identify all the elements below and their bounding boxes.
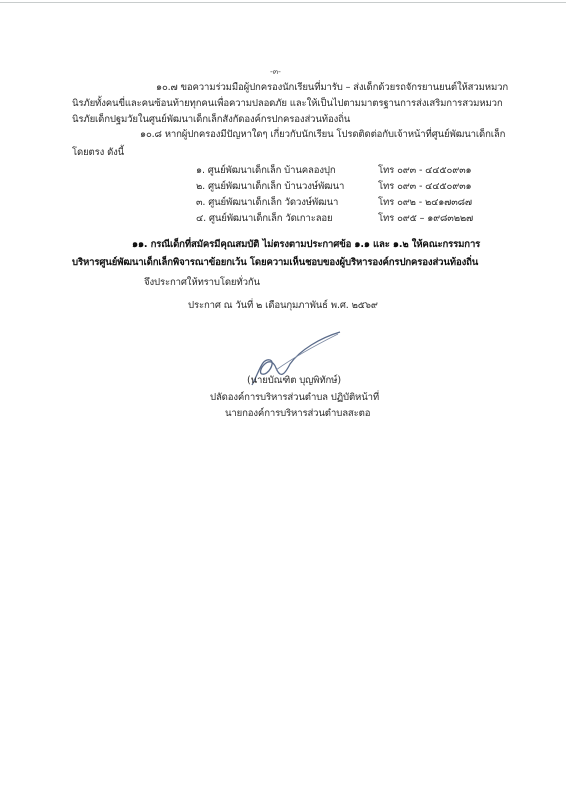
- signatory-name: (นายบัณฑิต บุญพิทักษ์): [247, 375, 341, 387]
- announcement-date: ประกาศ ณ วันที่ ๒ เดือนกุมภาพันธ์ พ.ศ. ๒…: [188, 300, 378, 312]
- paragraph-10-7-line1: ๑๐.๗ ขอความร่วมมือผู้ปกครองนักเรียนที่มา…: [156, 82, 508, 94]
- signatory-position-1: ปลัดองค์การบริหารส่วนตำบล ปฏิบัติหน้าที่: [210, 392, 379, 404]
- contact-center-name: ๑. ศูนย์พัฒนาเด็กเล็ก บ้านคลองปุก: [196, 165, 336, 177]
- closing-statement: จึงประกาศให้ทราบโดยทั่วกัน: [144, 277, 260, 289]
- contact-phone: โทร ๐๙๓ - ๔๔๕๐๙๓๑: [378, 165, 471, 177]
- contact-phone: โทร ๐๙๕ – ๑๙๘๓๒๒๗: [378, 213, 473, 225]
- signatory-position-2: นายกองค์การบริหารส่วนตำบลสะตอ: [225, 408, 370, 420]
- contact-phone: โทร ๐๙๒ - ๒๔๑๗๓๘๗: [378, 197, 472, 209]
- contact-center-name: ๓. ศูนย์พัฒนาเด็กเล็ก วัดวงษ์พัฒนา: [196, 197, 338, 209]
- paragraph-10-7-line2: นิรภัยทั้งคนขี่และคนซ้อนท้ายทุกคนเพื่อคว…: [72, 98, 503, 110]
- section-11-line1: ๑๑. กรณีเด็กที่สมัครมีคุณสมบัติ ไม่ตรงตา…: [132, 239, 480, 251]
- page-top-edge: [0, 2, 566, 3]
- contact-center-name: ๒. ศูนย์พัฒนาเด็กเล็ก บ้านวงษ์พัฒนา: [196, 181, 344, 193]
- page-number: -๓-: [270, 66, 281, 78]
- section-11-line2: บริหารศูนย์พัฒนาเด็กเล็กพิจารณาข้อยกเว้น…: [72, 257, 478, 269]
- contact-center-name: ๔. ศูนย์พัฒนาเด็กเล็ก วัดเกาะลอย: [196, 213, 333, 225]
- paragraph-10-8-line1: ๑๐.๘ หากผู้ปกครองมีปัญหาใดๆ เกี่ยวกับนัก…: [140, 129, 505, 141]
- paragraph-10-8-line2: โดยตรง ดังนี้: [72, 147, 124, 159]
- paragraph-10-7-line3: นิรภัยเด็กปฐมวัยในศูนย์พัฒนาเด็กเล็กสังก…: [72, 114, 350, 126]
- contact-phone: โทร ๐๙๓ - ๔๔๕๐๙๓๑: [378, 181, 471, 193]
